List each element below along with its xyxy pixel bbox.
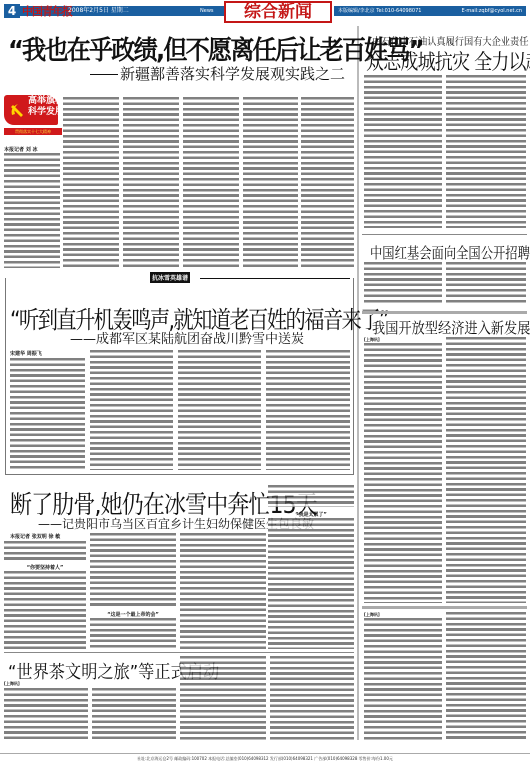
article1-headline: “我也在乎政绩,但不愿离任后让老百姓骂”	[8, 30, 329, 67]
article1-body-col6	[301, 97, 354, 267]
right-article2-body-col2	[446, 262, 526, 304]
masthead-bar-right: 本版编辑/李北京 Tel:010-64098071 E-mail:zqbf@cy…	[334, 6, 526, 16]
article1-body-col5	[243, 97, 298, 267]
column-divider	[357, 26, 359, 740]
right-article4-body-col2	[446, 612, 526, 740]
right-article3-body-col2	[446, 337, 526, 603]
divider	[362, 234, 527, 235]
article3-byline: 本报记者 张双明 徐 敏	[10, 533, 60, 540]
article3-body-col2a	[90, 533, 176, 608]
article2-body-col2	[90, 350, 173, 470]
hammer-sickle-icon	[7, 99, 29, 121]
article1-body-col2	[63, 97, 119, 267]
article1-subheadline: 新疆鄯善落实科学发展观实践之二	[90, 63, 345, 84]
article2-byline: 宋建华 周振飞	[10, 350, 42, 357]
right-article4-body-col1	[364, 618, 442, 740]
article3-subhead-3: “我是太累了”	[268, 511, 354, 518]
article3-body-col1a	[4, 541, 86, 561]
article3-subhead-1: “你要坚持着人”	[4, 564, 86, 571]
article1-body-col3	[123, 97, 179, 267]
editor-info: 本版编辑/李北京 Tel:010-64098071	[338, 8, 421, 14]
article2-body-col3	[178, 350, 261, 470]
article2-body-col1	[10, 358, 85, 470]
news-label: News	[200, 6, 214, 16]
divider	[362, 606, 527, 609]
issue-date: 2008年2月5日 星期二	[68, 6, 129, 16]
article2-body-col4	[266, 350, 350, 470]
article3-body-col4b	[268, 518, 354, 649]
article3-body-col3	[180, 533, 266, 649]
article1-byline: 本报记者 刘 冰	[4, 146, 37, 153]
article1-body-col4	[183, 97, 239, 267]
right-article2-headline: 中国红基会面向全国公开招聘部门负责人	[370, 242, 530, 263]
paper-logo: 中国青年报	[22, 3, 72, 19]
article1-body-col1	[4, 153, 60, 268]
page-number: 4	[4, 4, 20, 18]
right-article3-headline: 我国开放型经济进入新发展阶段	[372, 317, 530, 338]
section-title: 综合新闻	[224, 1, 332, 23]
right-article1-body-col2	[446, 75, 526, 228]
article2-subheadline: ——成都军区某陆航团奋战川黔雪中送炭	[70, 328, 304, 347]
divider	[362, 311, 527, 314]
article4-body-col2	[92, 688, 176, 740]
divider	[4, 652, 354, 653]
article3-body-col4a	[268, 485, 354, 507]
article3-body-col2b	[90, 618, 176, 649]
article3-subhead-2: “这是一个最上帝的会”	[90, 611, 176, 618]
article4-body-col3	[180, 656, 266, 740]
article3-body-col1b	[4, 571, 86, 649]
article4-body-col4	[270, 656, 354, 740]
email-link[interactable]: E-mail:zqbf@cyol.net.cn	[461, 6, 522, 16]
article4-body-col1	[4, 688, 88, 740]
right-article3-body-col1	[364, 343, 442, 603]
right-article2-body-col1	[364, 262, 442, 304]
article4-dateline: [上海讯]	[4, 681, 20, 687]
footer: 社址:北京海运仓2号 邮政编码:100702 本报电话:总编室(010)6409…	[0, 753, 530, 763]
masthead: 4 中国青年报 2008年2月5日 星期二 News 综合新闻 本版编辑/李北京…	[0, 0, 530, 26]
badge-subtitle: 贯彻落实十七大精神	[4, 128, 62, 135]
right-article1-body-col1	[364, 75, 442, 228]
right-article1-headline: 众志成城抗灾 全力以赴供油	[366, 46, 530, 76]
